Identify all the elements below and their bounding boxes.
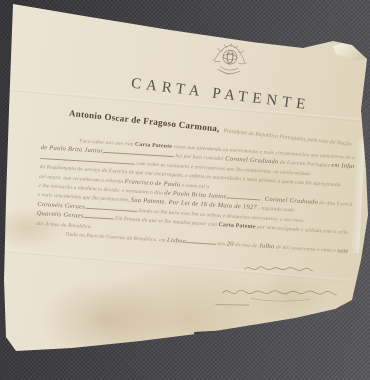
document-content: CARTA PATENTE Antonio Oscar de Fragoso C… xyxy=(0,2,370,377)
handwritten-text: sete xyxy=(337,247,349,253)
document-paper: CARTA PATENTE Antonio Oscar de Fragoso C… xyxy=(0,0,370,380)
printed-text: de mil novecentos e vinte e xyxy=(274,244,337,253)
printed-text: aos xyxy=(216,241,227,248)
torn-edge-mark xyxy=(194,330,228,335)
printed-text: Dada no Paço do Governo da Republica, em xyxy=(65,232,167,244)
photo-backdrop: CARTA PATENTE Antonio Oscar de Fragoso C… xyxy=(0,0,370,380)
president-signature xyxy=(242,260,315,278)
body-text-block: Faço saber aos que esta Carta Patente vi… xyxy=(36,131,356,253)
edge-speck xyxy=(294,327,297,330)
minister-signature xyxy=(220,282,339,304)
republic-coat-of-arms-icon xyxy=(205,39,254,81)
blank-rule xyxy=(186,238,216,245)
handwritten-text: Lisboa xyxy=(167,237,187,245)
handwritten-text: Julho xyxy=(259,242,275,250)
issuer-name: Antonio Oscar de Fragoso Carmona, xyxy=(69,108,221,134)
printed-text: do mez de xyxy=(233,242,258,250)
pencil-mark xyxy=(215,304,249,306)
